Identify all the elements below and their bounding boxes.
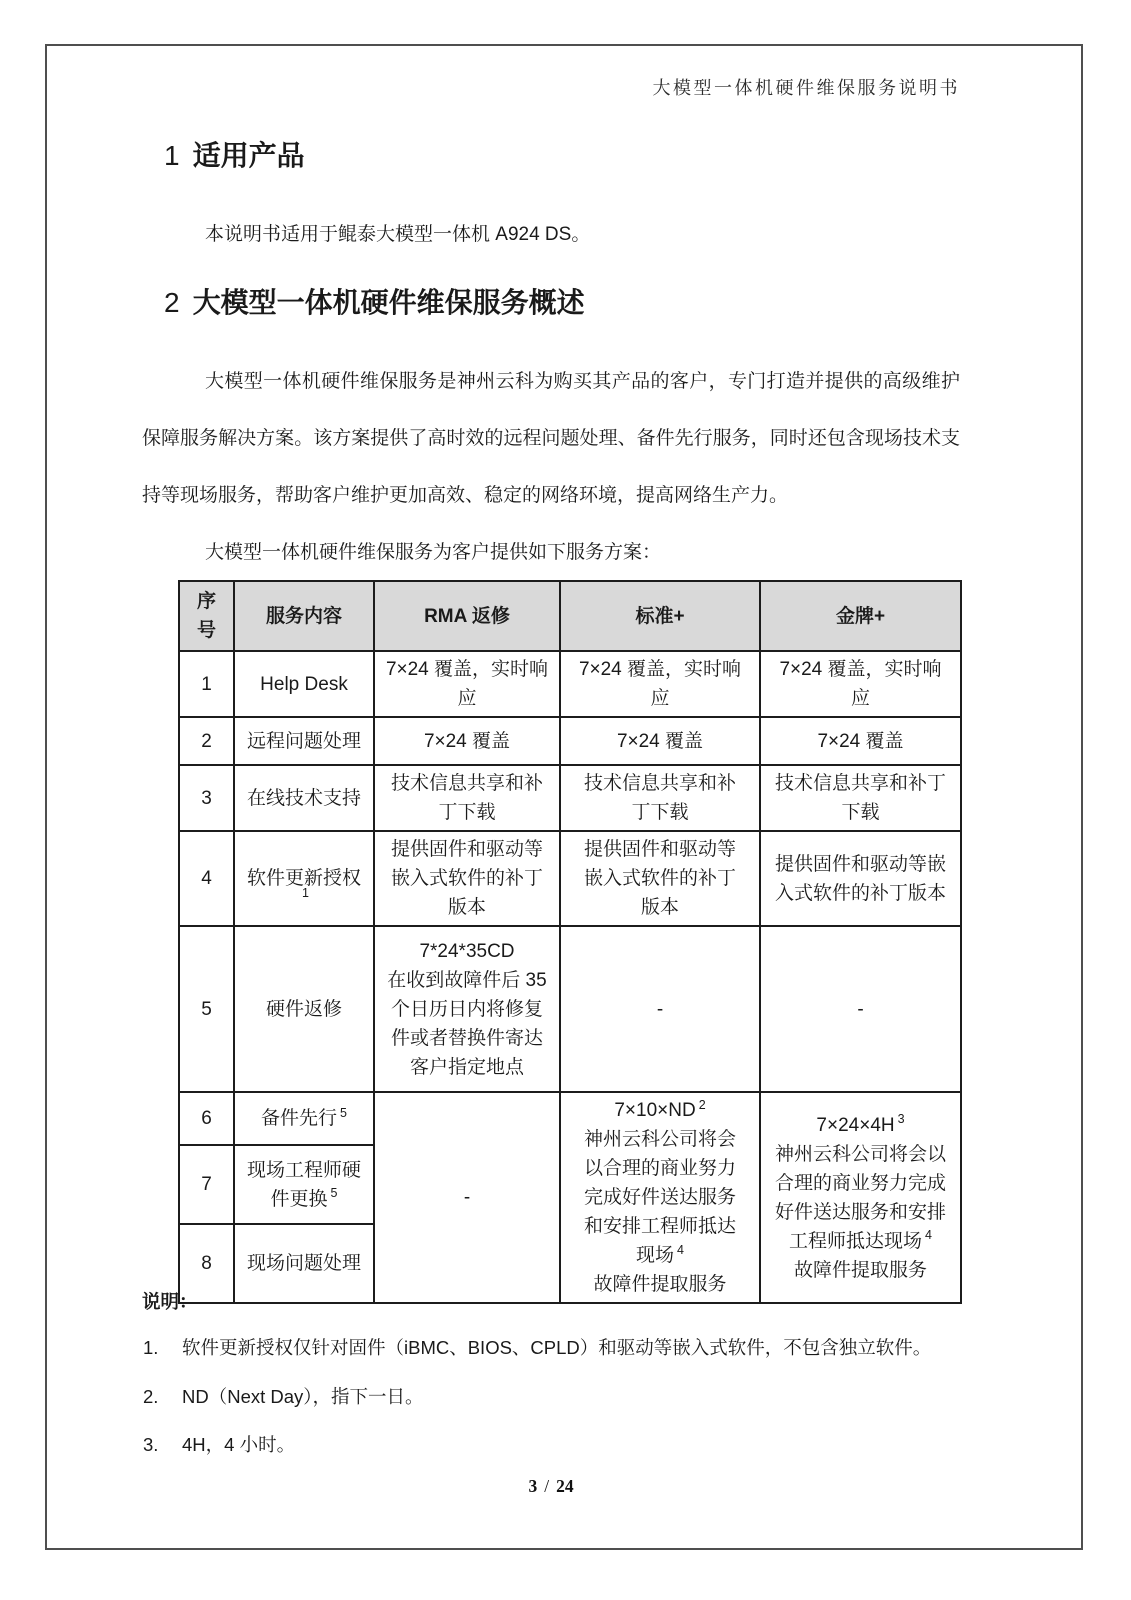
notes-label: 说明： xyxy=(142,1288,198,1314)
cell-no: 5 xyxy=(179,926,234,1092)
section-2-heading: 2大模型一体机硬件维保服务概述 xyxy=(164,281,585,321)
section-2-paragraph: 大模型一体机硬件维保服务是神州云科为购买其产品的客户，专门打造并提供的高级维护保… xyxy=(142,353,960,524)
table-row: 4 软件更新授权 1 提供固件和驱动等嵌入式软件的补丁版本 提供固件和驱动等嵌入… xyxy=(179,831,961,926)
footnote-ref: 4 xyxy=(677,1243,684,1257)
cell-rma: 7×24 覆盖 xyxy=(374,717,560,765)
table-row: 5 硬件返修 7*24*35CD 在收到故障件后 35 个日历日内将修复件或者替… xyxy=(179,926,961,1092)
footnote-ref: 5 xyxy=(340,1106,347,1120)
table-lead-in-paragraph: 大模型一体机硬件维保服务为客户提供如下服务方案： xyxy=(142,538,960,568)
table-row: 2 远程问题处理 7×24 覆盖 7×24 覆盖 7×24 覆盖 xyxy=(179,717,961,765)
note-text: 4H，4 小时。 xyxy=(182,1434,295,1455)
note-item: 2.ND（Next Day），指下一日。 xyxy=(143,1382,973,1412)
note-item: 3.4H，4 小时。 xyxy=(143,1430,973,1460)
footnote-ref: 5 xyxy=(331,1186,338,1200)
header-no: 序号 xyxy=(179,581,234,651)
header-rma: RMA 返修 xyxy=(374,581,560,651)
cell-no: 7 xyxy=(179,1145,234,1224)
header-service: 服务内容 xyxy=(234,581,374,651)
standard-headline: 7×10×ND2 xyxy=(575,1096,745,1125)
section-2-title: 大模型一体机硬件维保服务概述 xyxy=(193,287,585,318)
cell-service-text: 现场工程师硬件更换 xyxy=(247,1160,361,1210)
cell-rma: 提供固件和驱动等嵌入式软件的补丁版本 xyxy=(374,831,560,926)
page-total: 24 xyxy=(556,1476,574,1496)
section-1-paragraph: 本说明书适用于鲲泰大模型一体机 A924 DS。 xyxy=(142,220,960,250)
table-header-row: 序号 服务内容 RMA 返修 标准+ 金牌+ xyxy=(179,581,961,651)
cell-gold: 技术信息共享和补丁下载 xyxy=(760,765,961,831)
table-row: 3 在线技术支持 技术信息共享和补丁下载 技术信息共享和补丁下载 技术信息共享和… xyxy=(179,765,961,831)
cell-service-text: 备件先行 xyxy=(261,1108,337,1129)
cell-service: 备件先行5 xyxy=(234,1092,374,1145)
cell-service: 硬件返修 xyxy=(234,926,374,1092)
cell-rma: 7×24 覆盖，实时响应 xyxy=(374,651,560,717)
page-separator: / xyxy=(544,1476,549,1496)
cell-gold-merged: 7×24×4H3 神州云科公司将会以合理的商业努力完成好件送达服务和安排工程师抵… xyxy=(760,1092,961,1303)
cell-service: 软件更新授权 1 xyxy=(234,831,374,926)
page-current: 3 xyxy=(528,1476,537,1496)
header-gold: 金牌+ xyxy=(760,581,961,651)
cell-no: 6 xyxy=(179,1092,234,1145)
note-number: 3. xyxy=(143,1430,182,1460)
document-header-title: 大模型一体机硬件维保服务说明书 xyxy=(142,74,960,100)
cell-standard-merged: 7×10×ND2 神州云科公司将会以合理的商业努力完成好件送达服务和安排工程师抵… xyxy=(560,1092,760,1303)
cell-standard: 7×24 覆盖，实时响应 xyxy=(560,651,760,717)
cell-gold: - xyxy=(760,926,961,1092)
footnote-ref: 2 xyxy=(699,1098,706,1112)
cell-standard: 技术信息共享和补丁下载 xyxy=(560,765,760,831)
gold-body: 神州云科公司将会以合理的商业努力完成好件送达服务和安排工程师抵达现场 xyxy=(775,1144,946,1252)
note-number: 1. xyxy=(143,1333,182,1363)
gold-headline-text: 7×24×4H xyxy=(816,1115,894,1136)
section-1-number: 1 xyxy=(164,140,180,172)
cell-rma: 7*24*35CD 在收到故障件后 35 个日历日内将修复件或者替换件寄达客户指… xyxy=(374,926,560,1092)
cell-service: 现场工程师硬件更换5 xyxy=(234,1145,374,1224)
cell-gold: 7×24 覆盖 xyxy=(760,717,961,765)
note-item: 1.软件更新授权仅针对固件（iBMC、BIOS、CPLD）和驱动等嵌入式软件，不… xyxy=(143,1333,973,1363)
note-text: ND（Next Day），指下一日。 xyxy=(182,1386,424,1407)
cell-no: 4 xyxy=(179,831,234,926)
cell-standard: - xyxy=(560,926,760,1092)
cell-service: 在线技术支持 xyxy=(234,765,374,831)
note-text: 软件更新授权仅针对固件（iBMC、BIOS、CPLD）和驱动等嵌入式软件，不包含… xyxy=(182,1337,931,1358)
section-1-title: 适用产品 xyxy=(193,140,305,171)
cell-no: 1 xyxy=(179,651,234,717)
service-plan-table: 序号 服务内容 RMA 返修 标准+ 金牌+ 1 Help Desk 7×24 … xyxy=(178,580,962,1304)
cell-standard: 提供固件和驱动等嵌入式软件的补丁版本 xyxy=(560,831,760,926)
cell-rma: 技术信息共享和补丁下载 xyxy=(374,765,560,831)
footnote-ref: 3 xyxy=(898,1112,905,1126)
note-number: 2. xyxy=(143,1382,182,1412)
table-row: 6 备件先行5 - 7×10×ND2 神州云科公司将会以合理的商业努力完成好件送… xyxy=(179,1092,961,1145)
standard-headline-text: 7×10×ND xyxy=(614,1100,695,1121)
header-standard: 标准+ xyxy=(560,581,760,651)
standard-tail: 故障件提取服务 xyxy=(575,1270,745,1299)
cell-service: 现场问题处理 xyxy=(234,1224,374,1303)
section-1-heading: 1适用产品 xyxy=(164,134,305,174)
cell-no: 3 xyxy=(179,765,234,831)
cell-no: 2 xyxy=(179,717,234,765)
footnote-ref: 4 xyxy=(925,1228,932,1242)
gold-headline: 7×24×4H3 xyxy=(775,1111,946,1140)
section-2-number: 2 xyxy=(164,287,180,319)
standard-body: 神州云科公司将会以合理的商业努力完成好件送达服务和安排工程师抵达现场 xyxy=(584,1129,736,1266)
cell-gold: 7×24 覆盖，实时响应 xyxy=(760,651,961,717)
cell-gold: 提供固件和驱动等嵌入式软件的补丁版本 xyxy=(760,831,961,926)
cell-standard: 7×24 覆盖 xyxy=(560,717,760,765)
cell-service: Help Desk xyxy=(234,651,374,717)
cell-rma-merged: - xyxy=(374,1092,560,1303)
table-row: 1 Help Desk 7×24 覆盖，实时响应 7×24 覆盖，实时响应 7×… xyxy=(179,651,961,717)
page-number: 3/24 xyxy=(142,1476,960,1497)
gold-tail: 故障件提取服务 xyxy=(775,1256,946,1285)
cell-service: 远程问题处理 xyxy=(234,717,374,765)
cell-rma-body: 在收到故障件后 35 个日历日内将修复件或者替换件寄达客户指定地点 xyxy=(387,970,546,1078)
cell-rma-headline: 7*24*35CD xyxy=(385,937,549,966)
